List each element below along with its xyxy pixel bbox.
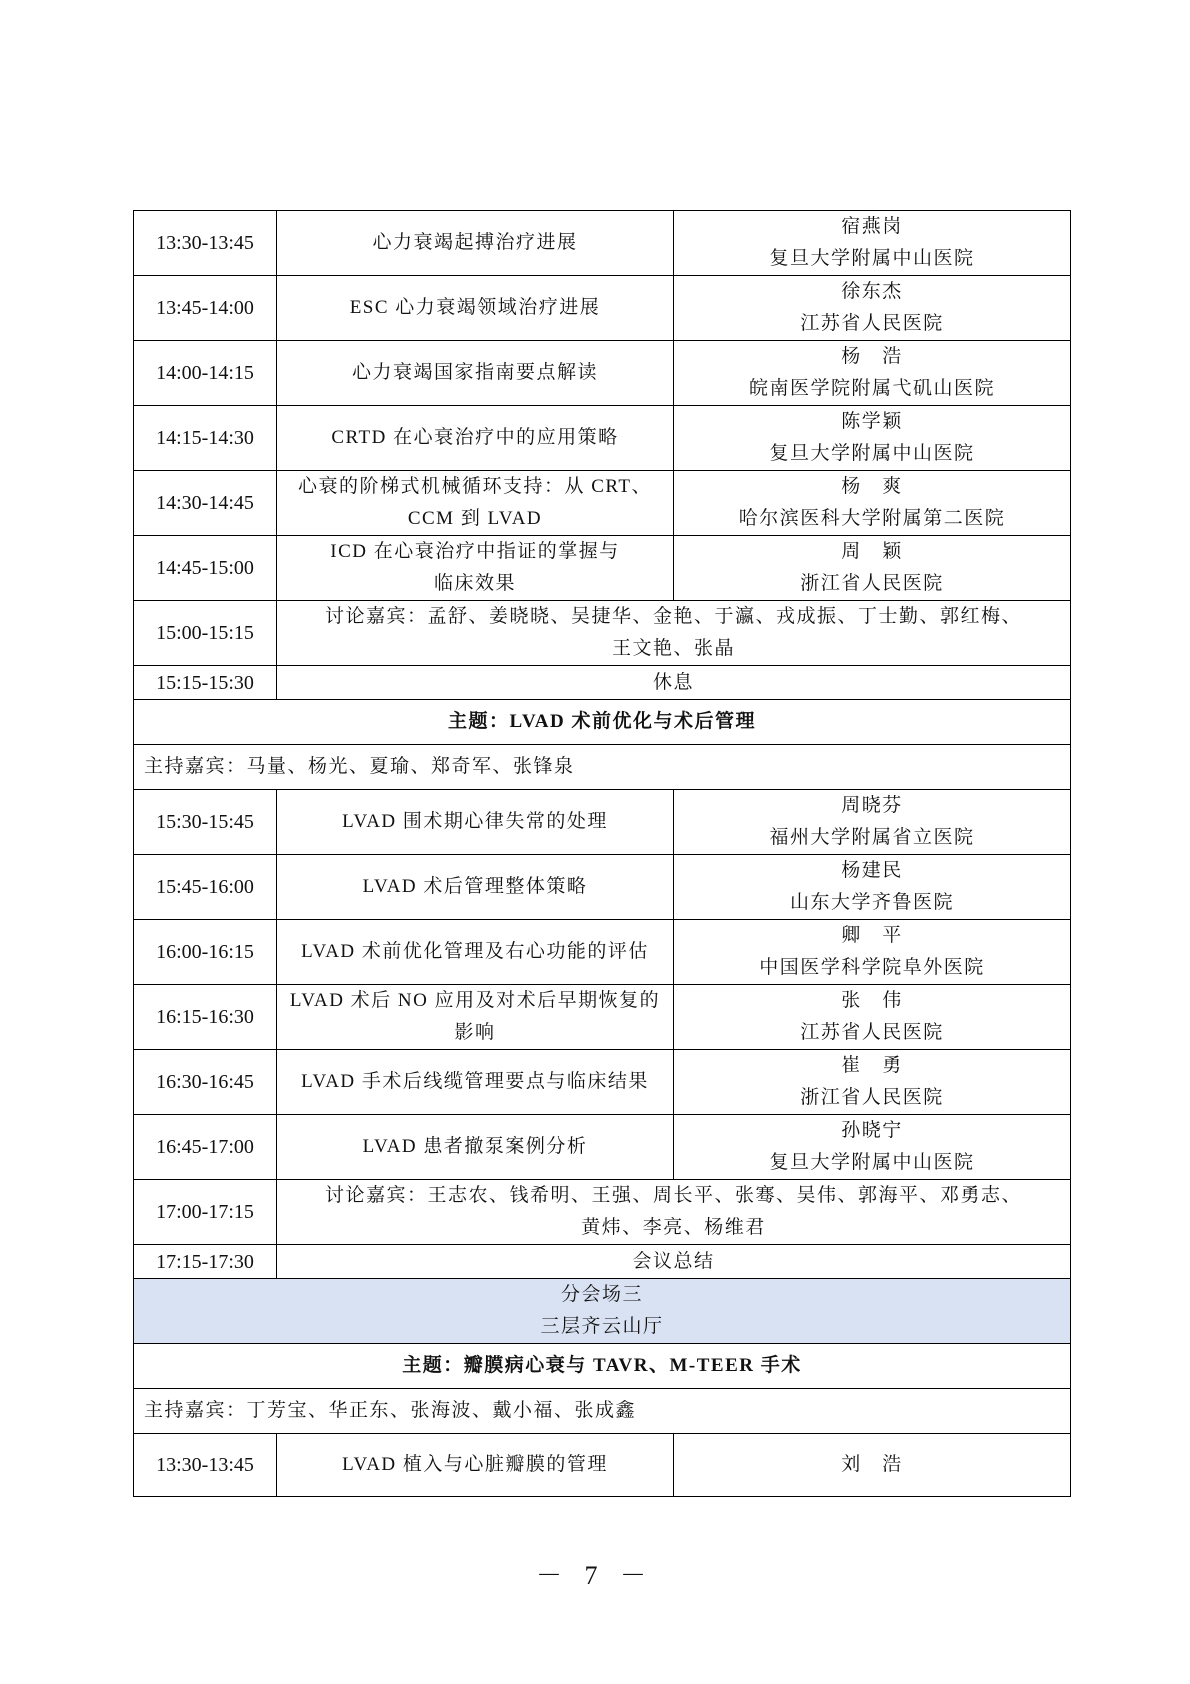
- speaker-name: 杨 浩: [678, 341, 1066, 373]
- venue-header: 分会场三三层齐云山厅: [134, 1279, 1071, 1344]
- session-speaker-cell: 卿 平中国医学科学院阜外医院: [674, 920, 1071, 985]
- session-time: 14:45-15:00: [134, 536, 277, 601]
- session-speaker-cell: 杨 爽哈尔滨医科大学附属第二医院: [674, 471, 1071, 536]
- discussion-row: 15:00-15:15讨论嘉宾：孟舒、姜晓晓、吴捷华、金艳、于瀛、戎成振、丁士勤…: [134, 601, 1071, 666]
- session-topic: 心衰的阶梯式机械循环支持：从 CRT、CCM 到 LVAD: [277, 471, 674, 536]
- session-topic: LVAD 围术期心律失常的处理: [277, 790, 674, 855]
- session-time: 15:15-15:30: [134, 666, 277, 700]
- speaker-hospital: 浙江省人民医院: [678, 1082, 1066, 1114]
- session-time: 15:30-15:45: [134, 790, 277, 855]
- session-row: 14:30-14:45心衰的阶梯式机械循环支持：从 CRT、CCM 到 LVAD…: [134, 471, 1071, 536]
- agenda-table: 13:30-13:45心力衰竭起搏治疗进展宿燕岗复旦大学附属中山医院13:45-…: [133, 210, 1071, 1497]
- topic-line: CRTD 在心衰治疗中的应用策略: [281, 422, 669, 454]
- session-topic: LVAD 术后 NO 应用及对术后早期恢复的影响: [277, 985, 674, 1050]
- host-guests: 主持嘉宾：马量、杨光、夏瑜、郑奇军、张锋泉: [134, 745, 1071, 790]
- topic-line: 影响: [281, 1017, 669, 1049]
- speaker-name: 卿 平: [678, 920, 1066, 952]
- venue-line: 三层齐云山厅: [138, 1311, 1066, 1343]
- session-row: 13:30-13:45心力衰竭起搏治疗进展宿燕岗复旦大学附属中山医院: [134, 211, 1071, 276]
- session-row: 14:15-14:30CRTD 在心衰治疗中的应用策略陈学颖复旦大学附属中山医院: [134, 406, 1071, 471]
- discussion-line: 黄炜、李亮、杨维君: [281, 1212, 1066, 1244]
- session-row: 15:45-16:00LVAD 术后管理整体策略杨建民山东大学齐鲁医院: [134, 855, 1071, 920]
- speaker-hospital: 浙江省人民医院: [678, 568, 1066, 600]
- topic-line: LVAD 术后管理整体策略: [281, 871, 669, 903]
- session-row: 16:30-16:45LVAD 手术后线缆管理要点与临床结果崔 勇浙江省人民医院: [134, 1050, 1071, 1115]
- theme-title: 主题：LVAD 术前优化与术后管理: [134, 700, 1071, 745]
- host-guests: 主持嘉宾：丁芳宝、华正东、张海波、戴小福、张成鑫: [134, 1389, 1071, 1434]
- session-topic: 心力衰竭国家指南要点解读: [277, 341, 674, 406]
- speaker-name: 周 颖: [678, 536, 1066, 568]
- discussion-guests: 讨论嘉宾：孟舒、姜晓晓、吴捷华、金艳、于瀛、戎成振、丁士勤、郭红梅、王文艳、张晶: [277, 601, 1071, 666]
- session-time: 15:00-15:15: [134, 601, 277, 666]
- document-page: 13:30-13:45心力衰竭起搏治疗进展宿燕岗复旦大学附属中山医院13:45-…: [0, 0, 1190, 1684]
- topic-line: 心力衰竭起搏治疗进展: [281, 227, 669, 259]
- session-topic: CRTD 在心衰治疗中的应用策略: [277, 406, 674, 471]
- session-time: 15:45-16:00: [134, 855, 277, 920]
- topic-line: ICD 在心衰治疗中指证的掌握与: [281, 536, 669, 568]
- theme-row: 主题：LVAD 术前优化与术后管理: [134, 700, 1071, 745]
- session-topic: LVAD 术前优化管理及右心功能的评估: [277, 920, 674, 985]
- speaker-name: 宿燕岗: [678, 211, 1066, 243]
- session-topic: LVAD 手术后线缆管理要点与临床结果: [277, 1050, 674, 1115]
- session-speaker-cell: 周 颖浙江省人民医院: [674, 536, 1071, 601]
- topic-line: 心衰的阶梯式机械循环支持：从 CRT、: [281, 471, 669, 503]
- session-row: 13:45-14:00ESC 心力衰竭领域治疗进展徐东杰江苏省人民医院: [134, 276, 1071, 341]
- topic-line: LVAD 术前优化管理及右心功能的评估: [281, 936, 669, 968]
- session-speaker-cell: 孙晓宁复旦大学附属中山医院: [674, 1115, 1071, 1180]
- session-topic: ICD 在心衰治疗中指证的掌握与临床效果: [277, 536, 674, 601]
- session-time: 16:00-16:15: [134, 920, 277, 985]
- speaker-name: 陈学颖: [678, 406, 1066, 438]
- speaker-name: 杨 爽: [678, 471, 1066, 503]
- page-number: － 7 －: [0, 1555, 1190, 1592]
- host-row: 主持嘉宾：丁芳宝、华正东、张海波、戴小福、张成鑫: [134, 1389, 1071, 1434]
- speaker-hospital: 福州大学附属省立医院: [678, 822, 1066, 854]
- speaker-hospital: 山东大学齐鲁医院: [678, 887, 1066, 919]
- topic-line: ESC 心力衰竭领域治疗进展: [281, 292, 669, 324]
- session-speaker-cell: 崔 勇浙江省人民医院: [674, 1050, 1071, 1115]
- speaker-hospital: 复旦大学附属中山医院: [678, 438, 1066, 470]
- session-row: 16:00-16:15LVAD 术前优化管理及右心功能的评估卿 平中国医学科学院…: [134, 920, 1071, 985]
- session-speaker-cell: 刘 浩: [674, 1434, 1071, 1497]
- break-label: 会议总结: [277, 1245, 1071, 1279]
- speaker-hospital: 皖南医学院附属弋矶山医院: [678, 373, 1066, 405]
- session-time: 13:30-13:45: [134, 211, 277, 276]
- speaker-name: 孙晓宁: [678, 1115, 1066, 1147]
- topic-line: LVAD 患者撤泵案例分析: [281, 1131, 669, 1163]
- session-speaker-cell: 陈学颖复旦大学附属中山医院: [674, 406, 1071, 471]
- session-time: 16:15-16:30: [134, 985, 277, 1050]
- venue-row: 分会场三三层齐云山厅: [134, 1279, 1071, 1344]
- speaker-hospital: 江苏省人民医院: [678, 1017, 1066, 1049]
- session-speaker-cell: 杨 浩皖南医学院附属弋矶山医院: [674, 341, 1071, 406]
- speaker-hospital: 中国医学科学院阜外医院: [678, 952, 1066, 984]
- speaker-name: 张 伟: [678, 985, 1066, 1017]
- discussion-guests: 讨论嘉宾：王志农、钱希明、王强、周长平、张骞、吴伟、郭海平、邓勇志、黄炜、李亮、…: [277, 1180, 1071, 1245]
- topic-line: CCM 到 LVAD: [281, 503, 669, 535]
- venue-line: 分会场三: [138, 1279, 1066, 1311]
- session-row: 16:15-16:30LVAD 术后 NO 应用及对术后早期恢复的影响张 伟江苏…: [134, 985, 1071, 1050]
- topic-line: LVAD 围术期心律失常的处理: [281, 806, 669, 838]
- session-time: 17:15-17:30: [134, 1245, 277, 1279]
- speaker-hospital: 哈尔滨医科大学附属第二医院: [678, 503, 1066, 535]
- speaker-hospital: 复旦大学附属中山医院: [678, 1147, 1066, 1179]
- session-topic: LVAD 患者撤泵案例分析: [277, 1115, 674, 1180]
- speaker-name: 杨建民: [678, 855, 1066, 887]
- session-time: 16:30-16:45: [134, 1050, 277, 1115]
- session-time: 16:45-17:00: [134, 1115, 277, 1180]
- speaker-hospital: 江苏省人民医院: [678, 308, 1066, 340]
- speaker-name: 崔 勇: [678, 1050, 1066, 1082]
- speaker-name: 徐东杰: [678, 276, 1066, 308]
- session-topic: 心力衰竭起搏治疗进展: [277, 211, 674, 276]
- topic-line: LVAD 植入与心脏瓣膜的管理: [281, 1449, 669, 1481]
- session-speaker-cell: 周晓芬福州大学附属省立医院: [674, 790, 1071, 855]
- break-row: 15:15-15:30休息: [134, 666, 1071, 700]
- discussion-row: 17:00-17:15讨论嘉宾：王志农、钱希明、王强、周长平、张骞、吴伟、郭海平…: [134, 1180, 1071, 1245]
- session-time: 14:15-14:30: [134, 406, 277, 471]
- discussion-line: 讨论嘉宾：王志农、钱希明、王强、周长平、张骞、吴伟、郭海平、邓勇志、: [281, 1180, 1066, 1212]
- session-speaker-cell: 徐东杰江苏省人民医院: [674, 276, 1071, 341]
- session-time: 14:00-14:15: [134, 341, 277, 406]
- speaker-name: 周晓芬: [678, 790, 1066, 822]
- session-row: 14:45-15:00ICD 在心衰治疗中指证的掌握与临床效果周 颖浙江省人民医…: [134, 536, 1071, 601]
- topic-line: LVAD 术后 NO 应用及对术后早期恢复的: [281, 985, 669, 1017]
- speaker-hospital: 复旦大学附属中山医院: [678, 243, 1066, 275]
- agenda-body: 13:30-13:45心力衰竭起搏治疗进展宿燕岗复旦大学附属中山医院13:45-…: [134, 211, 1071, 1497]
- host-row: 主持嘉宾：马量、杨光、夏瑜、郑奇军、张锋泉: [134, 745, 1071, 790]
- session-time: 13:30-13:45: [134, 1434, 277, 1497]
- session-speaker-cell: 杨建民山东大学齐鲁医院: [674, 855, 1071, 920]
- session-speaker-cell: 张 伟江苏省人民医院: [674, 985, 1071, 1050]
- break-label: 休息: [277, 666, 1071, 700]
- speaker-name: 刘 浩: [678, 1449, 1066, 1481]
- session-time: 17:00-17:15: [134, 1180, 277, 1245]
- theme-title: 主题：瓣膜病心衰与 TAVR、M-TEER 手术: [134, 1344, 1071, 1389]
- break-row: 17:15-17:30会议总结: [134, 1245, 1071, 1279]
- discussion-line: 讨论嘉宾：孟舒、姜晓晓、吴捷华、金艳、于瀛、戎成振、丁士勤、郭红梅、: [281, 601, 1066, 633]
- session-row: 15:30-15:45LVAD 围术期心律失常的处理周晓芬福州大学附属省立医院: [134, 790, 1071, 855]
- session-row: 16:45-17:00LVAD 患者撤泵案例分析孙晓宁复旦大学附属中山医院: [134, 1115, 1071, 1180]
- session-time: 14:30-14:45: [134, 471, 277, 536]
- session-topic: LVAD 植入与心脏瓣膜的管理: [277, 1434, 674, 1497]
- session-row: 13:30-13:45LVAD 植入与心脏瓣膜的管理刘 浩: [134, 1434, 1071, 1497]
- session-time: 13:45-14:00: [134, 276, 277, 341]
- topic-line: LVAD 手术后线缆管理要点与临床结果: [281, 1066, 669, 1098]
- topic-line: 心力衰竭国家指南要点解读: [281, 357, 669, 389]
- discussion-line: 王文艳、张晶: [281, 633, 1066, 665]
- session-speaker-cell: 宿燕岗复旦大学附属中山医院: [674, 211, 1071, 276]
- theme-row: 主题：瓣膜病心衰与 TAVR、M-TEER 手术: [134, 1344, 1071, 1389]
- topic-line: 临床效果: [281, 568, 669, 600]
- session-topic: ESC 心力衰竭领域治疗进展: [277, 276, 674, 341]
- session-topic: LVAD 术后管理整体策略: [277, 855, 674, 920]
- session-row: 14:00-14:15心力衰竭国家指南要点解读杨 浩皖南医学院附属弋矶山医院: [134, 341, 1071, 406]
